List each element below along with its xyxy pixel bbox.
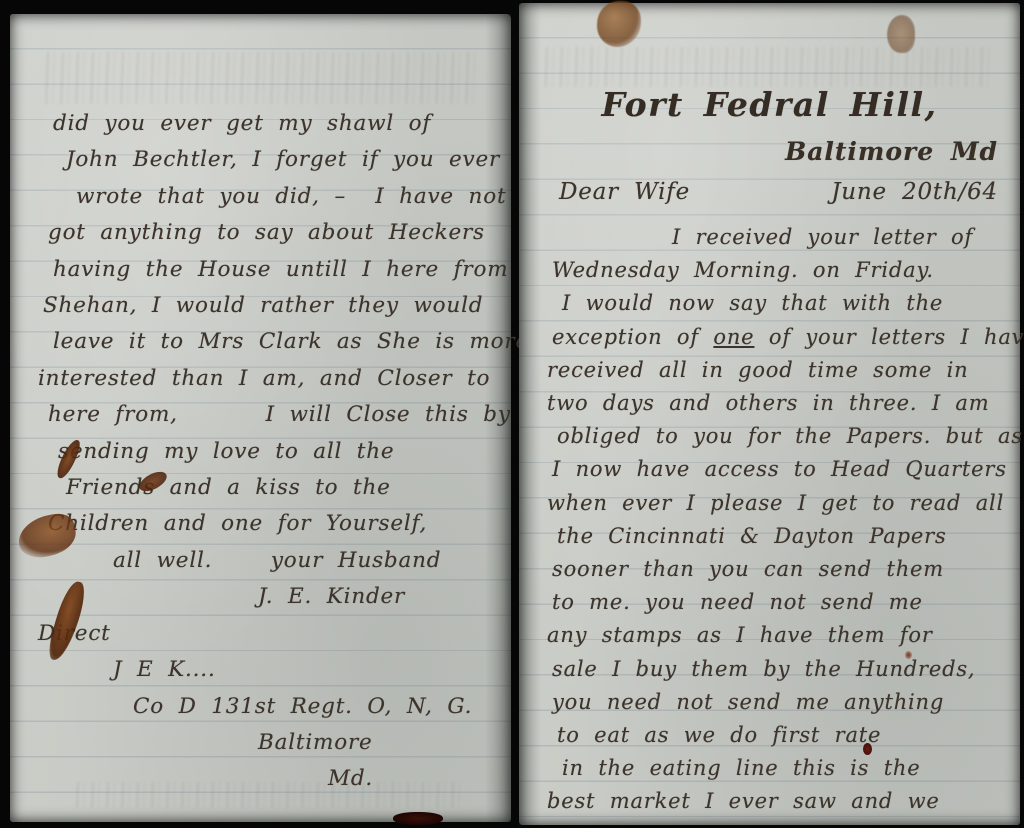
- letter-line: Shehan, I would rather they would: [43, 288, 503, 324]
- letter-line: having the House untill I here from: [53, 252, 503, 288]
- letter-line: here from, I will Close this by: [48, 397, 503, 433]
- letter-line: sending my love to all the: [58, 434, 503, 470]
- letter-line: any stamps as I have them for: [547, 619, 1014, 652]
- address-line: J E K....: [113, 652, 503, 688]
- letter-line: Children and one for Yourself,: [48, 506, 503, 542]
- address-line: Md.: [328, 761, 503, 797]
- letter-line: you need not send me anything: [552, 686, 1014, 719]
- letter-line: to me. you need not send me: [552, 586, 1014, 619]
- letter-line: interested than I am, and Closer to: [38, 361, 503, 397]
- line-part: exception of: [552, 325, 713, 349]
- letter-line: Friends and a kiss to the: [66, 470, 503, 506]
- letter-line: leave it to Mrs Clark as She is more: [53, 324, 503, 360]
- letter-line: the Cincinnati & Dayton Papers: [557, 520, 1014, 553]
- letter-line: did you ever get my shawl of: [53, 106, 503, 142]
- letter-line: I would now say that with the: [562, 287, 1014, 320]
- salutation-row: Dear Wife June 20th/64: [559, 179, 998, 205]
- letter-closing: all well. your Husband: [113, 543, 503, 579]
- letter-line: Wednesday Morning. on Friday.: [552, 254, 1014, 287]
- letter-line: in the eating line this is the: [562, 752, 1014, 785]
- address-line: Baltimore: [258, 725, 503, 761]
- ink-stain: [393, 812, 443, 825]
- line-part: of your letters I have: [754, 325, 1024, 349]
- letter-line: two days and others in three. I am: [547, 387, 1014, 420]
- letter-line: when ever I please I get to read all: [547, 487, 1014, 520]
- letter-line: wrote that you did, – I have not: [76, 179, 503, 215]
- letter-line: I now have access to Head Quarters: [552, 453, 1014, 486]
- letter-line: sale I buy them by the Hundreds,: [552, 653, 1014, 686]
- letter-line: to eat as we do first rate: [557, 719, 1014, 752]
- ink-bleedthrough: [539, 47, 989, 87]
- letter-line: got anything to say about Heckers: [48, 215, 503, 251]
- ink-stain: [597, 1, 641, 47]
- right-page-text: I received your letter of Wednesday Morn…: [537, 221, 1014, 819]
- letter-line: John Bechtler, I forget if you ever: [66, 142, 503, 178]
- left-page-text: did you ever get my shawl of John Bechtl…: [28, 106, 503, 798]
- address-line: Co D 131st Regt. O, N, G.: [133, 689, 503, 725]
- letter-subheading: Baltimore Md: [785, 137, 998, 166]
- salutation: Dear Wife: [559, 179, 690, 205]
- letter-line: exception of one of your letters I have: [552, 321, 1014, 354]
- letter-page-right: Fort Fedral Hill, Baltimore Md Dear Wife…: [519, 3, 1020, 825]
- letter-date: June 20th/64: [831, 179, 998, 205]
- letter-line: I received your letter of: [672, 221, 1014, 254]
- letter-heading: Fort Fedral Hill,: [519, 85, 1020, 124]
- letter-signature: J. E. Kinder: [258, 579, 503, 615]
- letter-line: best market I ever saw and we: [547, 785, 1014, 818]
- underlined-word: one: [713, 325, 754, 349]
- letter-line: obliged to you for the Papers. but as: [557, 420, 1014, 453]
- ink-bleedthrough: [40, 52, 480, 104]
- direct-label: Direct: [38, 616, 503, 652]
- letter-page-left: did you ever get my shawl of John Bechtl…: [10, 14, 511, 822]
- letter-line: sooner than you can send them: [552, 553, 1014, 586]
- letter-line: received all in good time some in: [547, 354, 1014, 387]
